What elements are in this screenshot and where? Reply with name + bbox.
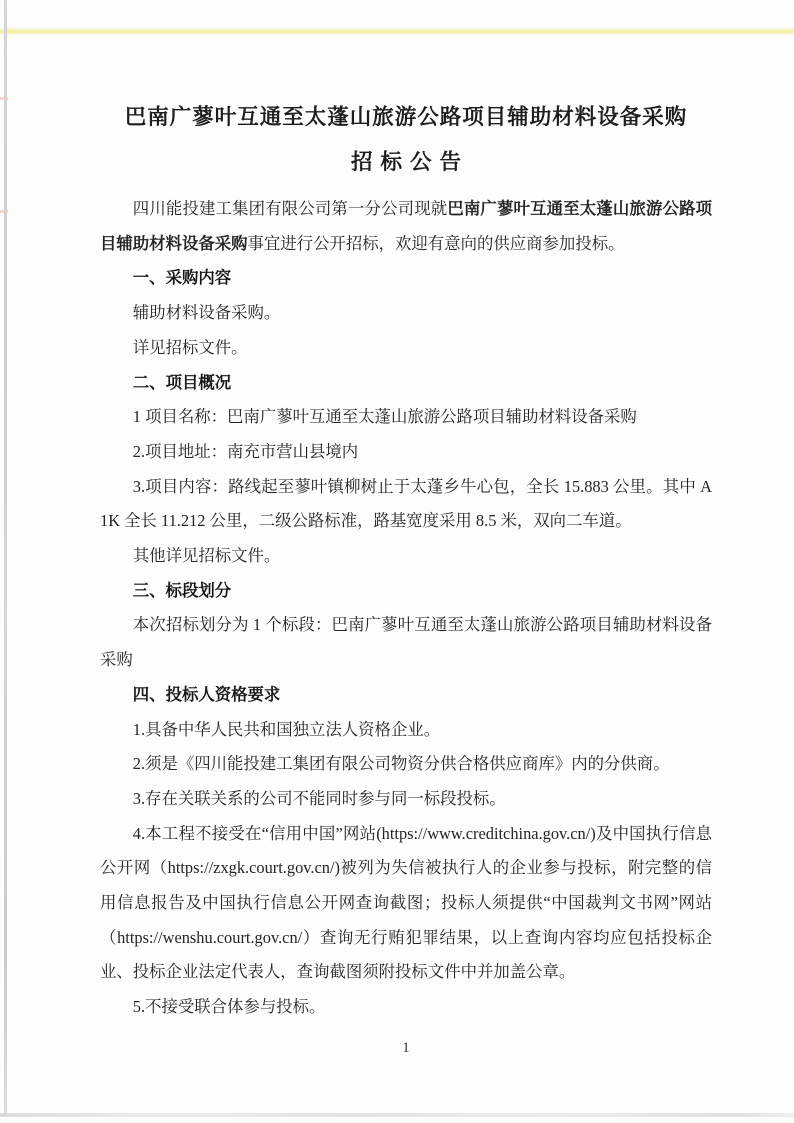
scanned-document-page: 巴南广蓼叶互通至太蓬山旅游公路项目辅助材料设备采购 招标公告 四川能投建工集团有… (0, 0, 794, 1123)
paragraph-project-location: 2.项目地址：南充市营山县境内 (100, 435, 712, 470)
paragraph-qualification-5: 5.不接受联合体参与投标。 (100, 990, 712, 1025)
paragraph-qualification-2: 2.须是《四川能投建工集团有限公司物资分供合格供应商库》内的分供商。 (100, 747, 712, 782)
paragraph-bid-section-division: 本次招标划分为 1 个标段：巴南广蓼叶互通至太蓬山旅游公路项目辅助材料设备采购 (100, 608, 712, 677)
document-body: 四川能投建工集团有限公司第一分公司现就巴南广蓼叶互通至太蓬山旅游公路项目辅助材料… (100, 192, 712, 1025)
document-title-line2: 招标公告 (100, 145, 712, 179)
paragraph-qualification-3: 3.存在关联关系的公司不能同时参与同一标段投标。 (100, 782, 712, 817)
intro-text-suffix: 事宜进行公开招标，欢迎有意向的供应商参加投标。 (248, 234, 625, 253)
scan-artifact-bottom-edge-line (0, 1113, 794, 1117)
section-heading-procurement-content: 一、采购内容 (100, 261, 712, 296)
scan-artifact-left-edge-line (4, 0, 7, 1116)
paragraph-qualification-1: 1.具备中华人民共和国独立法人资格企业。 (100, 713, 712, 748)
paragraph-project-content: 3.项目内容：路线起至蓼叶镇柳树止于太蓬乡牛心包，全长 15.883 公里。其中… (100, 470, 712, 539)
intro-paragraph: 四川能投建工集团有限公司第一分公司现就巴南广蓼叶互通至太蓬山旅游公路项目辅助材料… (100, 192, 712, 261)
scan-artifact-pink-mark (0, 210, 8, 213)
section-heading-bidder-qualifications: 四、投标人资格要求 (100, 678, 712, 713)
scan-artifact-pink-mark (0, 97, 8, 100)
paragraph-qualification-4: 4.本工程不接受在“信用中国”网站(https://www.creditchin… (100, 817, 712, 991)
section-heading-project-overview: 二、项目概况 (100, 366, 712, 401)
paragraph: 其他详见招标文件。 (100, 539, 712, 574)
paragraph-project-name: 1 项目名称：巴南广蓼叶互通至太蓬山旅游公路项目辅助材料设备采购 (100, 400, 712, 435)
paragraph: 辅助材料设备采购。 (100, 296, 712, 331)
scan-artifact-yellow-line (0, 28, 794, 35)
section-heading-bid-sections: 三、标段划分 (100, 574, 712, 609)
intro-text-prefix: 四川能投建工集团有限公司第一分公司现就 (133, 199, 448, 218)
page-number: 1 (100, 1038, 712, 1058)
paragraph: 详见招标文件。 (100, 331, 712, 366)
document-title-line1: 巴南广蓼叶互通至太蓬山旅游公路项目辅助材料设备采购 (100, 99, 712, 135)
document-content: 巴南广蓼叶互通至太蓬山旅游公路项目辅助材料设备采购 招标公告 四川能投建工集团有… (100, 99, 712, 1025)
